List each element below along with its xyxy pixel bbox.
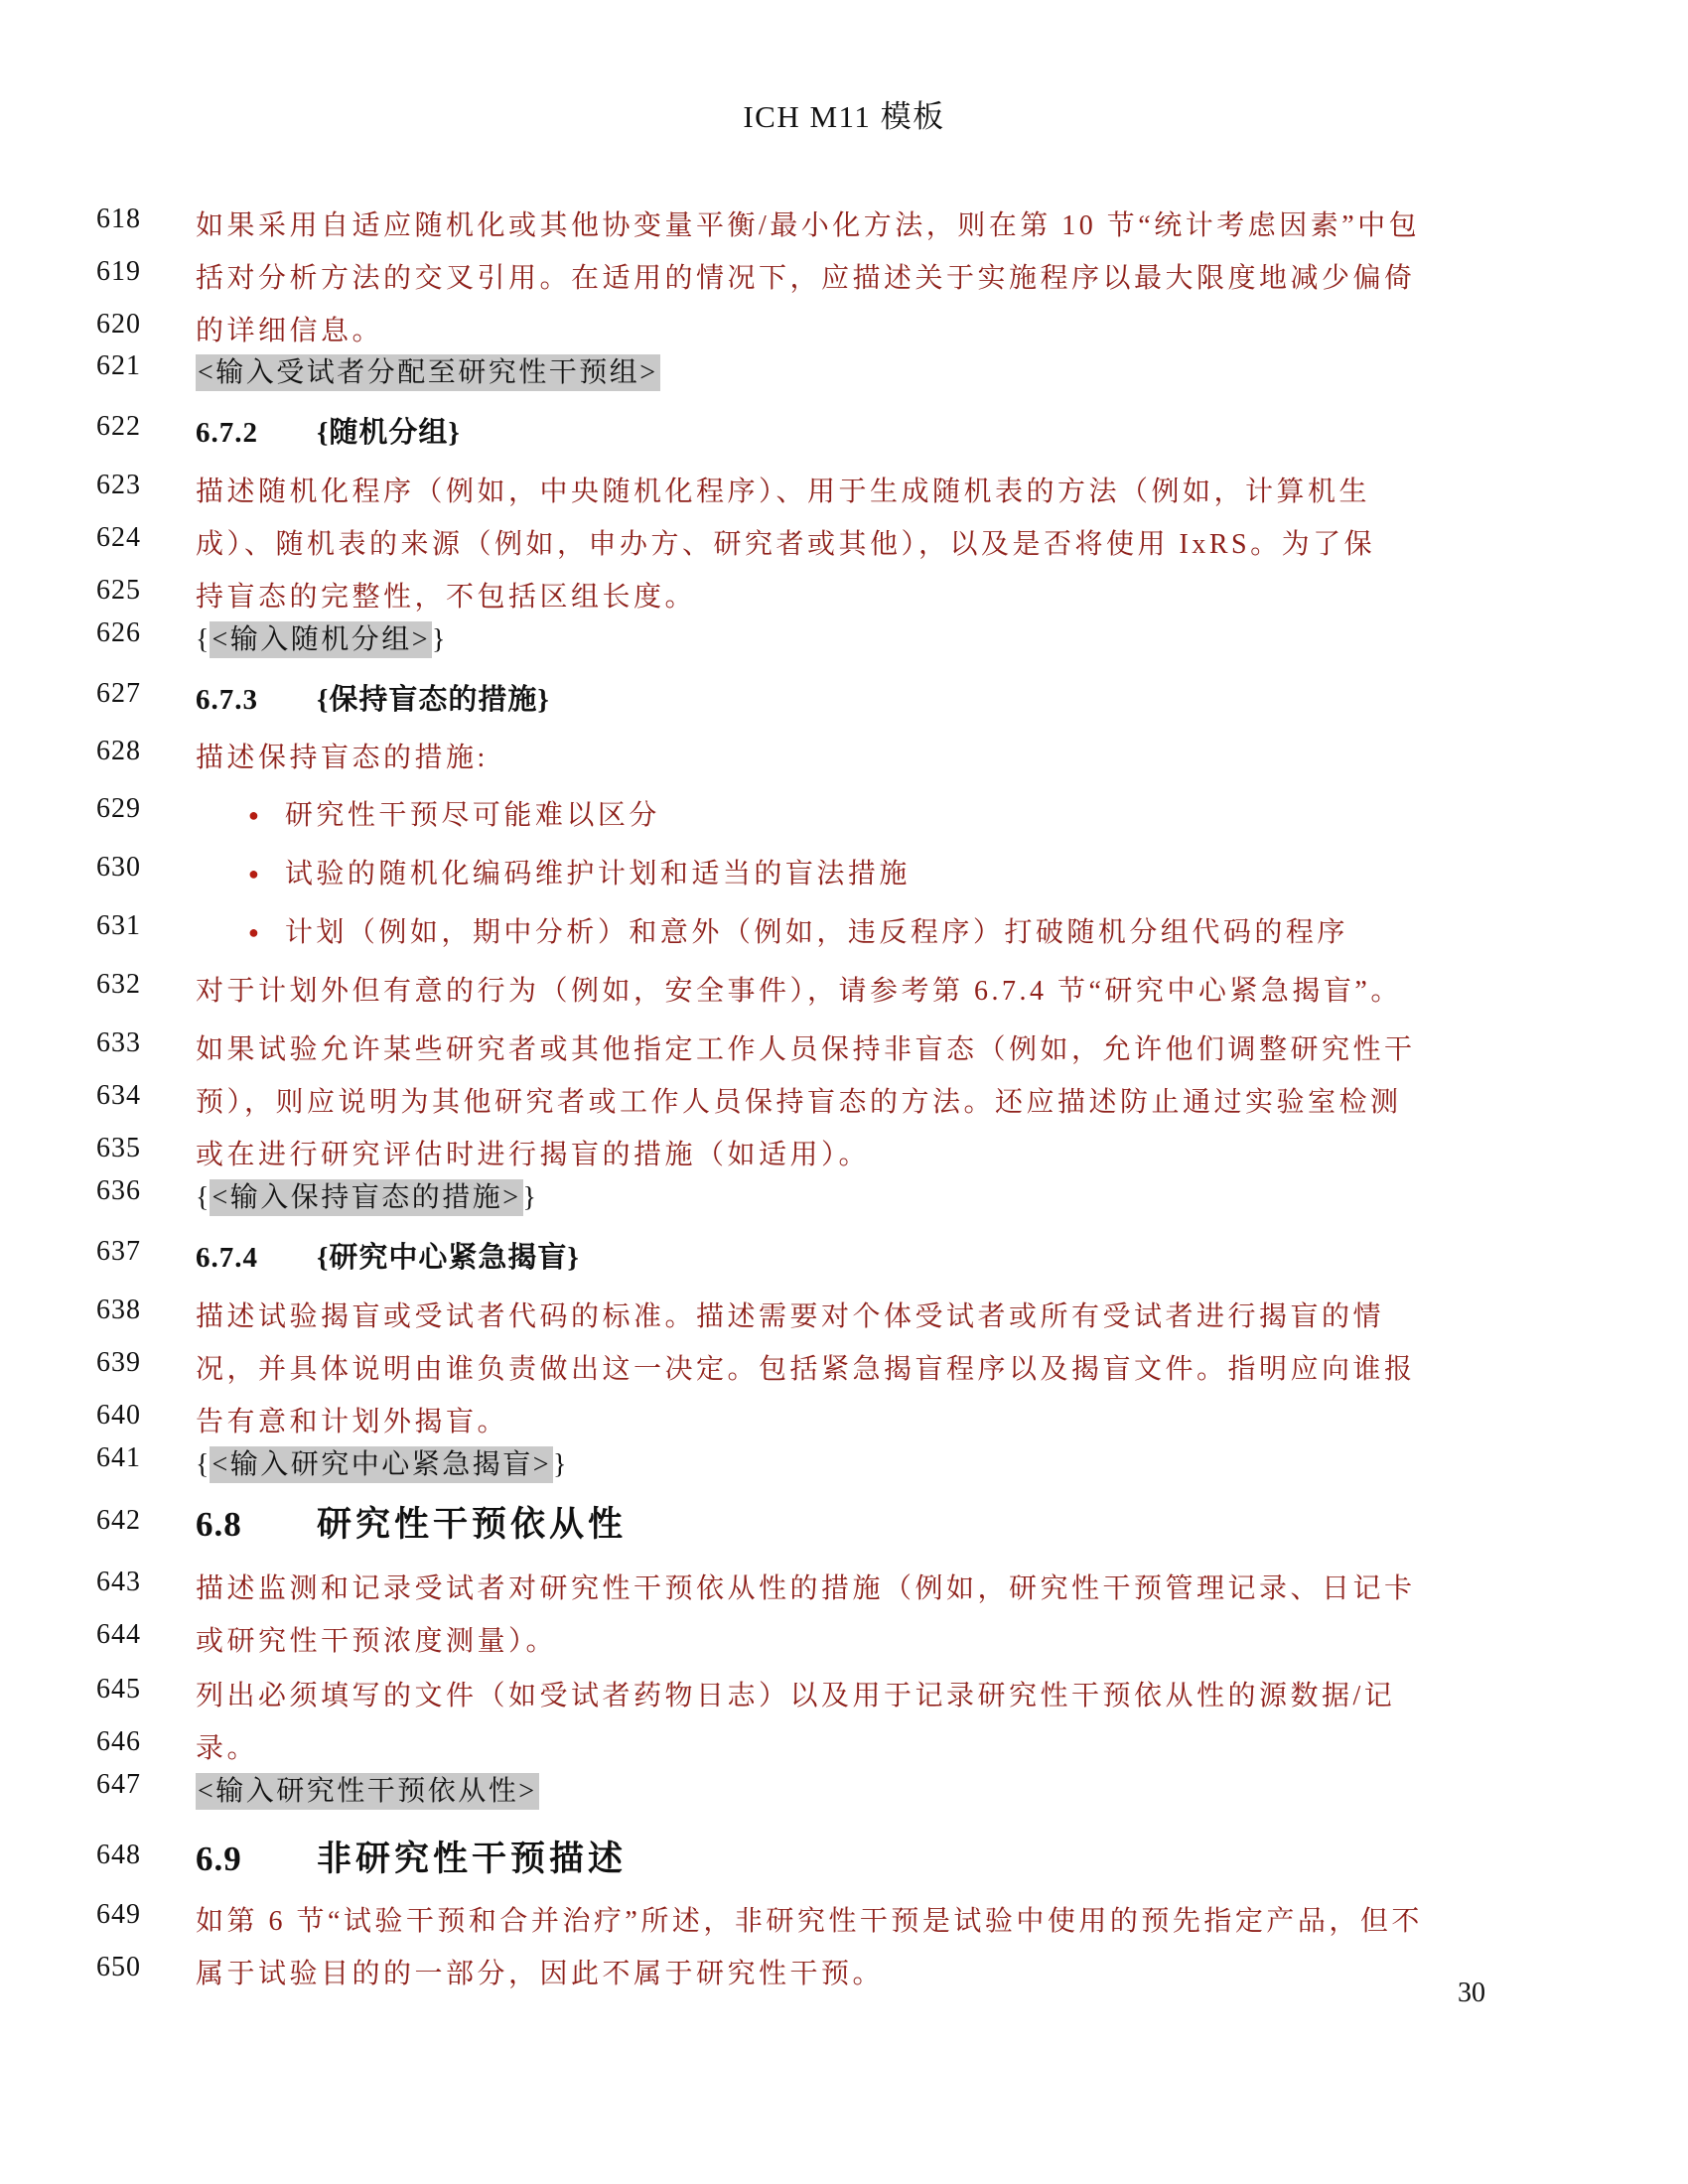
bullet-list-item: ●试验的随机化编码维护计划和适当的盲法措施 — [196, 852, 911, 891]
body-text: 描述试验揭盲或受试者代码的标准。描述需要对个体受试者或所有受试者进行揭盲的情 — [196, 1295, 1384, 1334]
body-text: 描述监测和记录受试者对研究性干预依从性的措施（例如，研究性干预管理记录、日记卡 — [196, 1567, 1416, 1606]
body-text: 或研究性干预浓度测量）。 — [196, 1619, 557, 1659]
placeholder-entry: {<输入研究中心紧急揭盲>} — [196, 1442, 568, 1482]
body-text: 试验的随机化编码维护计划和适当的盲法措施 — [285, 859, 911, 889]
body-text: 如第 6 节“试验干预和合并治疗”所述，非研究性干预是试验中使用的预先指定产品，… — [196, 1899, 1423, 1939]
line-number: 625 — [96, 575, 141, 607]
heading-title: 非研究性干预描述 — [317, 1840, 627, 1878]
line-number: 638 — [96, 1295, 141, 1326]
heading-number: 6.7.4 — [196, 1242, 317, 1275]
body-text: 对于计划外但有意的行为（例如，安全事件），请参考第 6.7.4 节“研究中心紧急… — [196, 969, 1402, 1009]
body-text: 的详细信息。 — [196, 309, 383, 348]
line-number: 642 — [96, 1505, 141, 1537]
placeholder-brace: } — [523, 1182, 537, 1213]
line-number: 629 — [96, 793, 141, 825]
line-number: 647 — [96, 1769, 141, 1801]
section-heading: 6.8研究性干预依从性 — [196, 1497, 627, 1547]
line-number: 628 — [96, 736, 141, 767]
line-number: 619 — [96, 256, 141, 288]
line-number: 635 — [96, 1133, 141, 1164]
line-number: 630 — [96, 852, 141, 884]
heading-title: 研究性干预依从性 — [317, 1505, 627, 1544]
body-text: 告有意和计划外揭盲。 — [196, 1400, 508, 1439]
section-heading: 6.7.4{研究中心紧急揭盲} — [196, 1235, 580, 1276]
body-text: 括对分析方法的交叉引用。在适用的情况下，应描述关于实施程序以最大限度地减少偏倚 — [196, 256, 1416, 296]
line-number: 626 — [96, 617, 141, 649]
body-text: 成）、随机表的来源（例如，申办方、研究者或其他），以及是否将使用 IxRS。为了… — [196, 522, 1375, 562]
line-number: 646 — [96, 1726, 141, 1758]
heading-number: 6.7.3 — [196, 684, 317, 717]
placeholder-brace: { — [196, 1182, 210, 1213]
heading-title: {研究中心紧急揭盲} — [317, 1242, 580, 1274]
body-text: 预），则应说明为其他研究者或工作人员保持盲态的方法。还应描述防止通过实验室检测 — [196, 1080, 1402, 1120]
document-title: ICH M11 模板 — [0, 91, 1688, 136]
line-number: 620 — [96, 309, 141, 341]
placeholder-brace: } — [553, 1449, 567, 1480]
line-number: 623 — [96, 470, 141, 501]
body-text: 计划（例如，期中分析）和意外（例如，违反程序）打破随机分组代码的程序 — [285, 917, 1348, 948]
line-number: 622 — [96, 411, 141, 443]
body-text: 描述随机化程序（例如，中央随机化程序）、用于生成随机表的方法（例如，计算机生 — [196, 470, 1370, 509]
placeholder-entry: {<输入保持盲态的措施>} — [196, 1175, 537, 1215]
line-number: 631 — [96, 910, 141, 942]
body-text: 持盲态的完整性，不包括区组长度。 — [196, 575, 696, 614]
bullet-list-item: ●计划（例如，期中分析）和意外（例如，违反程序）打破随机分组代码的程序 — [196, 910, 1348, 950]
placeholder-entry: {<输入随机分组>} — [196, 617, 447, 657]
heading-number: 6.9 — [196, 1840, 317, 1879]
heading-title: {保持盲态的措施} — [317, 684, 550, 716]
placeholder-brace: { — [196, 624, 210, 655]
line-number: 634 — [96, 1080, 141, 1112]
placeholder-highlight: <输入随机分组> — [210, 621, 432, 658]
section-heading: 6.7.2{随机分组} — [196, 410, 461, 451]
body-text: 或在进行研究评估时进行揭盲的措施（如适用）。 — [196, 1133, 870, 1172]
bullet-list-item: ●研究性干预尽可能难以区分 — [196, 793, 660, 833]
section-heading: 6.9非研究性干预描述 — [196, 1832, 627, 1881]
line-number: 649 — [96, 1899, 141, 1931]
placeholder-highlight: <输入受试者分配至研究性干预组> — [196, 354, 660, 391]
body-text: 况，并具体说明由谁负责做出这一决定。包括紧急揭盲程序以及揭盲文件。指明应向谁报 — [196, 1347, 1416, 1387]
line-number: 637 — [96, 1236, 141, 1268]
section-heading: 6.7.3{保持盲态的措施} — [196, 677, 550, 718]
bullet-icon: ● — [248, 864, 259, 884]
line-number: 624 — [96, 522, 141, 554]
body-text: 列出必须填写的文件（如受试者药物日志）以及用于记录研究性干预依从性的源数据/记 — [196, 1674, 1395, 1713]
placeholder-highlight: <输入研究中心紧急揭盲> — [210, 1446, 553, 1483]
placeholder-brace: } — [432, 624, 446, 655]
heading-number: 6.7.2 — [196, 417, 317, 450]
placeholder-brace: { — [196, 1449, 210, 1480]
line-number: 636 — [96, 1175, 141, 1207]
line-number: 618 — [96, 204, 141, 235]
page-number: 30 — [1458, 1978, 1485, 2009]
line-number: 644 — [96, 1619, 141, 1651]
body-text: 录。 — [196, 1726, 258, 1766]
placeholder-highlight: <输入研究性干预依从性> — [196, 1773, 539, 1810]
document-page: ICH M11 模板 618如果采用自适应随机化或其他协变量平衡/最小化方法，则… — [0, 0, 1688, 2184]
line-number: 645 — [96, 1674, 141, 1706]
line-number: 641 — [96, 1442, 141, 1474]
line-number: 639 — [96, 1347, 141, 1379]
placeholder-highlight: <输入保持盲态的措施> — [210, 1179, 522, 1216]
line-number: 640 — [96, 1400, 141, 1432]
line-number: 643 — [96, 1567, 141, 1598]
placeholder-entry: <输入研究性干预依从性> — [196, 1769, 539, 1809]
line-number: 632 — [96, 969, 141, 1001]
line-number: 627 — [96, 678, 141, 710]
bullet-icon: ● — [248, 922, 259, 942]
line-number: 633 — [96, 1027, 141, 1059]
body-text: 如果试验允许某些研究者或其他指定工作人员保持非盲态（例如，允许他们调整研究性干 — [196, 1027, 1416, 1067]
bullet-icon: ● — [248, 805, 259, 825]
line-number: 648 — [96, 1840, 141, 1871]
body-text: 属于试验目的的一部分，因此不属于研究性干预。 — [196, 1952, 884, 1991]
heading-title: {随机分组} — [317, 417, 461, 449]
line-number: 650 — [96, 1952, 141, 1983]
body-text: 描述保持盲态的措施: — [196, 736, 489, 775]
placeholder-entry: <输入受试者分配至研究性干预组> — [196, 350, 660, 390]
line-number: 621 — [96, 350, 141, 382]
body-text: 研究性干预尽可能难以区分 — [285, 800, 660, 831]
heading-number: 6.8 — [196, 1505, 317, 1545]
body-text: 如果采用自适应随机化或其他协变量平衡/最小化方法，则在第 10 节“统计考虑因素… — [196, 204, 1420, 243]
